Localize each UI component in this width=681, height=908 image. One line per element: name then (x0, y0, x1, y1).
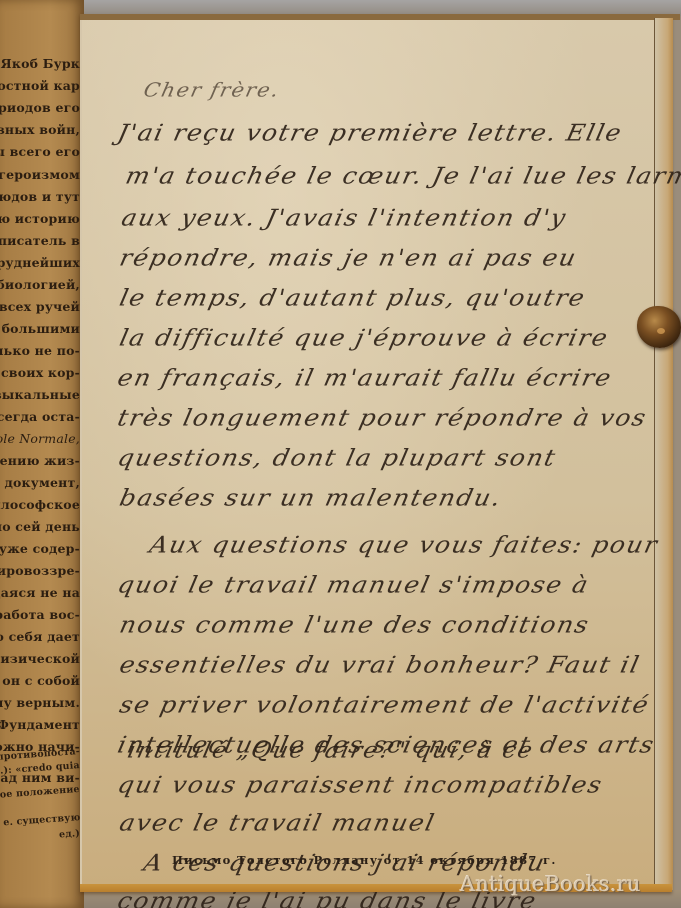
left-page-line: ет своих кор- (0, 365, 80, 380)
left-page-line: етафизической (0, 651, 80, 666)
left-page-line: етению жиз- (0, 453, 80, 468)
left-page-line: по сей день (0, 519, 80, 534)
brass-clasp-icon (637, 306, 681, 348)
letter-line: aux yeux. J'avais l'intention d'y (119, 204, 569, 231)
left-page-line: зан героизмом (0, 167, 80, 182)
left-page-line: та работа вос- (0, 607, 80, 622)
left-page-line: щаяся не на (0, 585, 80, 600)
left-page-line: , уже содер- (0, 541, 80, 556)
letter-line: quoi le travail manuel s'impose à (115, 571, 592, 598)
left-page-line: философское (0, 497, 80, 512)
left-page-line: гиозных войн, (0, 122, 80, 137)
letter-line: le temps, d'autant plus, qu'outre (117, 284, 588, 311)
left-page-line: олько не по- (0, 343, 80, 358)
left-page-line: л Якоб Бурк (0, 56, 80, 71)
left-page-line: рную историю (0, 211, 80, 226)
left-page-line: ый документ, (0, 475, 80, 490)
left-page-line: мировоззре- (0, 563, 80, 578)
letter-line: intitulé „Que faire?" qui, à ce (125, 737, 536, 763)
left-page-footnote: т. е. существую (0, 812, 80, 829)
left-page-line: этюдов и тут (0, 189, 80, 204)
watermark: AntiqueBooks.ru (460, 872, 641, 896)
left-page-footnote: ед.) (59, 828, 81, 840)
letter-line: qui vous paraissent incompatibles (115, 771, 605, 798)
left-page-line: навсегда оста- (0, 409, 80, 424)
letter-line: la difficulté que j'éprouve à écrire (117, 324, 611, 351)
left-page-line: ей, биологией, (0, 277, 80, 292)
letter-line: J'ai reçu votre première lettre. Elle (115, 119, 625, 146)
left-page-line: но, большими (0, 321, 80, 336)
letter-line: se priver volontairement de l'activité (117, 691, 652, 718)
letter-line: Aux questions que vous faites: pour (147, 531, 661, 558)
left-page-line: х периодов его (0, 100, 80, 115)
left-page-line: ие труднейших (0, 255, 80, 270)
left-page-line: я ему верным. (0, 695, 80, 710)
left-page-line: делостной кар (0, 78, 80, 93)
left-page-line: тивы всего его (0, 144, 80, 159)
left-page-line: ий писатель в (0, 233, 80, 248)
letter-line: m'a touchée le cœur. Je l'ai lue les lar… (123, 162, 681, 189)
left-facing-page: л Якоб Бурк делостной кар х периодов его… (0, 0, 84, 908)
letter-line: répondre, mais je n'en ai pas eu (117, 244, 580, 271)
letter-line: essentielles du vrai bonheur? Faut il (117, 651, 643, 678)
left-page-footnote: новное положение (0, 784, 80, 802)
board-right-strip (654, 18, 673, 890)
letter-line: basées sur un malentendu. (117, 484, 504, 511)
letter-line: nous comme l'une des conditions (117, 611, 592, 638)
facsimile-caption: Письмо Толстого Роллану от 14 октября 18… (172, 853, 557, 867)
left-page-line: ого себя дает (0, 629, 80, 644)
letter-line: avec le travail manuel (117, 809, 438, 836)
letter-line: questions, dont la plupart sont (115, 444, 559, 471)
left-page-line: ет он с собой (0, 673, 80, 688)
left-page-line: музыкальные (0, 387, 80, 402)
left-page-line: ole Normale, (0, 431, 80, 446)
left-page-line: бе. Фундамент (0, 717, 80, 732)
letter-greeting: Cher frère. (142, 79, 282, 101)
letter-line: en français, il m'aurait fallu écrire (115, 364, 615, 391)
left-page-line: з всех ручей (0, 299, 80, 314)
letter-line: très longuement pour répondre à vos (115, 404, 649, 431)
